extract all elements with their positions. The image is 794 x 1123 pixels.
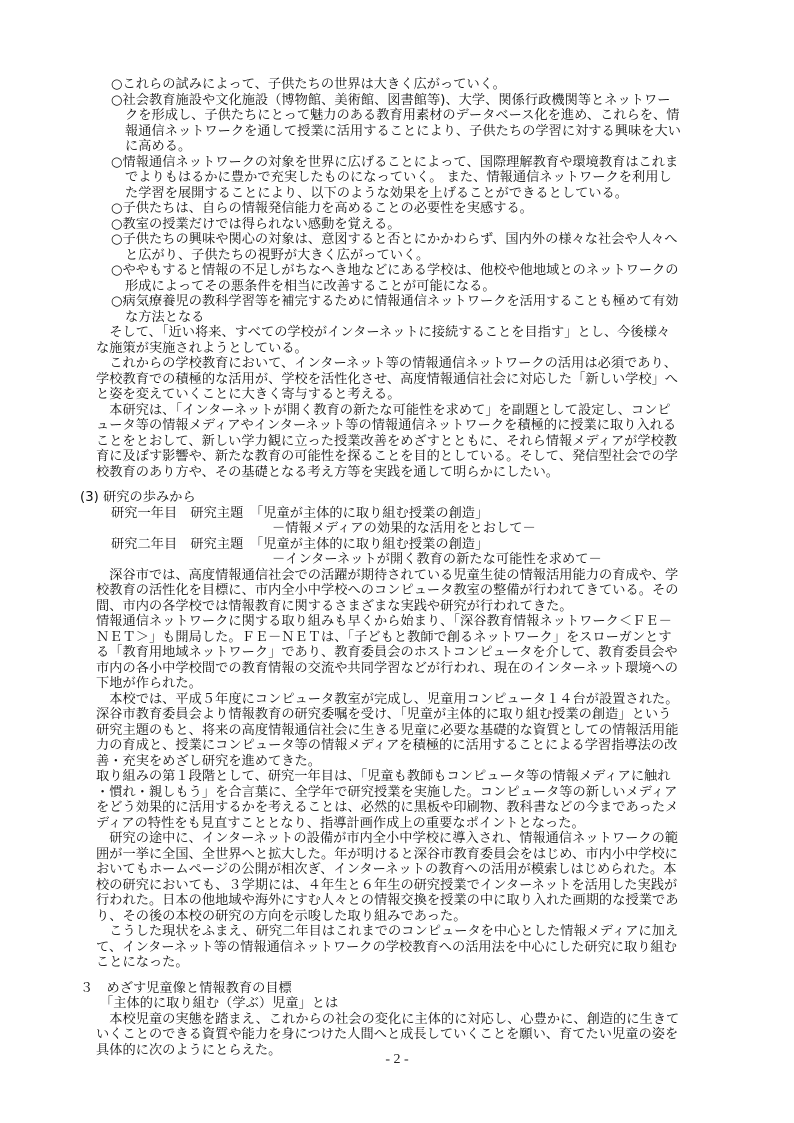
text-line: ことになった。	[96, 955, 189, 970]
text-line: 育に及ぼす影響や、新たな教育の可能性を探ることを目的としている。そして、発信型社…	[96, 449, 678, 464]
text-line: ○教室の授業だけでは得られない感動を覚える。	[111, 217, 401, 232]
text-line: 情報通信ネットワークに関する取り組みも早くから始まり、「深谷教育情報ネットワーク…	[96, 614, 672, 629]
text-line: 本校児童の実態を踏まえ、これからの社会の変化に主体的に対応し、心豊かに、創造的に…	[96, 1012, 679, 1027]
text-line: 校教育の活性化を目標に、市内全小中学校へのコンピュータ教室の整備が行われてきてい…	[96, 583, 678, 598]
text-line: こうした現状をふまえ、研究二年目はこれまでのコンピュータを中心とした情報メディア…	[96, 924, 678, 939]
text-line: 校の研究においても、３学期には、４年生と６年生の研究授業でインターネットを活用し…	[96, 878, 677, 893]
text-line: ＮＥＴ＞」も開局した。ＦＥ－ＮＥＴは、「子どもと教師で創るネットワーク」をスロー…	[96, 630, 672, 645]
text-line: 間、市内の各学校では情報教育に関するさまざまな実践や研究が行われてきた。	[96, 599, 573, 614]
page-number: - 2 -	[0, 1052, 794, 1068]
text-line: 研究二年目 研究主題 「児童が主体的に取り組む授業の創造」	[111, 537, 488, 552]
text-line: をどう効果的に活用するかを考えることは、必然的に黒板や印刷物、教科書などの今まで…	[96, 800, 678, 815]
text-line: ○子供たちの興味や関心の対象は、意図すると否とにかかわらず、国内外の様々な社会や…	[111, 232, 677, 247]
text-line: 校教育のあり方や、その基礎となる考え方等を実践を通して明らかにしたい。	[96, 465, 559, 480]
text-line: な施策が実施されようとしている。	[96, 341, 308, 356]
text-line: －インターネットが開く教育の新たな可能性を求めて－	[272, 552, 602, 567]
text-line: 本校では、平成５年度にコンピュータ教室が完成し、児童用コンピュータ１４台が設置さ…	[96, 692, 678, 707]
text-line: ○子供たちは、自らの情報発信能力を高めることの必要性を実感する。	[111, 201, 533, 216]
text-line: り、その後の本校の研究の方向を示唆した取り組みであった。	[96, 909, 467, 924]
text-line: 学校教育での積極的な活用が、学校を活性化させ、高度情報通信社会に対応した「新しい…	[96, 372, 678, 387]
text-line: ○ややもすると情報の不足しがちなへき地などにある学校は、他校や他地域とのネットワ…	[111, 263, 679, 278]
text-line: ことをとおして、新しい学力観に立った授業改善をめざすとともに、それら情報メディア…	[96, 434, 677, 449]
text-line: 深谷市では、高度情報通信社会での活躍が期待されている児童生徒の情報活用能力の育成…	[96, 568, 678, 583]
text-line: て、インターネット等の情報通信ネットワークの学校教育への活用法を中心にした研究に…	[96, 940, 677, 955]
text-line: (3) 研究の歩みから	[80, 490, 196, 505]
text-line: 形成によってその悪条件を相当に改善することが可能になる。	[125, 279, 496, 294]
text-line: 研究一年目 研究主題 「児童が主体的に取り組む授業の創造」	[111, 506, 488, 521]
text-line: 囲が一挙に全国、全世界へと拡大した。年が明けると深谷市教育委員会をはじめ、市内小…	[96, 847, 678, 862]
text-line: ○社会教育施設や文化施設（博物館、美術館、図書館等)、大学、関係行政機関等とネッ…	[111, 93, 671, 108]
text-line: 研究の途中に、インターネットの設備が市内全小中学校に導入され、情報通信ネットワー…	[96, 831, 678, 846]
text-line: 力の育成と、授業にコンピュータ等の情報メディアを積極的に活用することによる学習指…	[96, 738, 677, 753]
text-line: 行われた。日本の他地域や海外にすむ人々との情報交換を授業の中に取り入れた画期的な…	[96, 893, 678, 908]
text-line: と姿を変えていくことに大きく寄与すると考える。	[96, 387, 400, 402]
text-line: 研究主題のもと、将来の高度情報通信社会に生きる児童に必要な基礎的な資質としての情…	[96, 723, 678, 738]
text-line: 報通信ネットワークを通して授業に活用することにより、子供たちの学習に対する興味を…	[125, 124, 681, 139]
text-line: いくことのできる資質や能力を身につけた人間へと成長していくことを願い、育てたい児…	[96, 1027, 678, 1042]
text-line: そして、「近い将来、すべての学校がインターネットに接続することを目指す」とし、今…	[96, 325, 670, 340]
text-line: －情報メディアの効果的な活用をとおして－	[272, 521, 536, 536]
text-line: ３ めざす児童像と情報教育の目標	[80, 981, 292, 996]
text-line: 下地が作られた。	[96, 676, 202, 691]
text-line: 市内の各小中学校間での教育情報の交流や共同学習などが行われ、現在のインターネット…	[96, 661, 678, 676]
text-line: ○情報通信ネットワークの対象を世界に広げることによって、国際理解教育や環境教育は…	[111, 155, 678, 170]
text-line: 取り組みの第１段階として、研究一年目は、「児童も教師もコンピュータ等の情報メディ…	[96, 769, 671, 784]
text-line: 本研究は、「インターネットが開く教育の新たな可能性を求めて」を副題として設定し、…	[96, 403, 671, 418]
text-line: と広がり、子供たちの視野が大きく広がっていく。	[125, 248, 429, 263]
text-line: ディアの特性をも見直すこととなり、指導計画作成上の重要なポイントとなった。	[96, 816, 585, 831]
text-line: おいてもホームページの公開が相次ぎ、インターネットの教育への活用が模索しはじめら…	[96, 862, 676, 877]
text-line: た学習を展開することにより、以下のような効果を上げることができるとしている。	[125, 186, 628, 201]
text-line: な方法となる	[125, 310, 204, 325]
text-line: ○病気療養児の教科学習等を補完するために情報通信ネットワークを活用することも極め…	[111, 294, 679, 309]
text-line: これからの学校教育において、インターネット等の情報通信ネットワークの活用は必須で…	[96, 356, 677, 371]
text-line: る「教育用地域ネットワーク」であり、教育委員会のホストコンピュータを介して、教育…	[96, 645, 678, 660]
text-line: 深谷市教育委員会より情報教育の研究委嘱を受け、「児童が主体的に取り組む授業の創造…	[96, 707, 671, 722]
text-line: に高める。	[125, 139, 191, 154]
text-line: ・慣れ・親しもう」を合言葉に、全学年で研究授業を実施した。コンピュータ等の新しい…	[96, 785, 677, 800]
text-line: 善・充実をめざし研究を進めてきた。	[96, 754, 321, 769]
text-line: でよりもはるかに豊かで充実したものになっていく。 また、情報通信ネットワークを利…	[125, 170, 672, 185]
text-line: クを形成し、子供たちにとって魅力のある教育用素材のデータベース化を進め、これらを…	[125, 108, 680, 123]
text-line: ュータ等の情報メディアやインターネット等の情報通信ネットワークを積極的に授業に取…	[96, 418, 676, 433]
text-line: 「主体的に取り組む（学ぶ）児童」とは	[100, 996, 338, 1011]
document-page: ○これらの試みによって、子供たちの世界は大きく広がっていく。○社会教育施設や文化…	[0, 0, 794, 1123]
text-line: ○これらの試みによって、子供たちの世界は大きく広がっていく。	[111, 77, 506, 92]
